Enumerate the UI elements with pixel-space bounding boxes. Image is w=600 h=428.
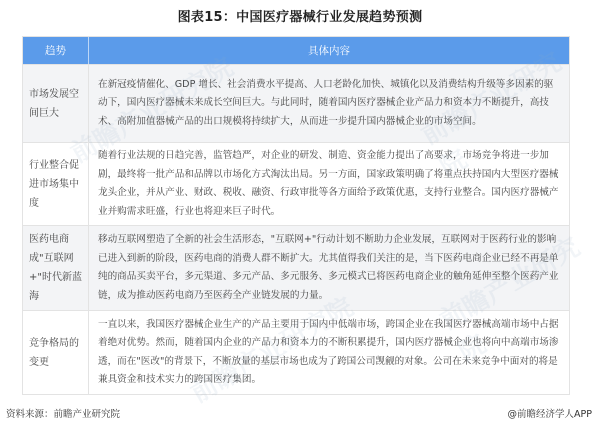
content-cell: 在新冠疫情催化、GDP 增长、社会消费水平提高、人口老龄化加快、城镇化以及消费结… bbox=[89, 65, 569, 142]
trend-table: 趋势 具体内容 市场发展空间巨大 在新冠疫情催化、GDP 增长、社会消费水平提高… bbox=[22, 36, 570, 395]
content-cell: 一直以来，我国医疗器械企业生产的产品主要用于国内中低端市场，跨国企业在我国医疗器… bbox=[89, 311, 569, 394]
table-row: 行业整合促进市场集中度 随着行业法规的日趋完善，监管趋严，对企业的研发、制造、资… bbox=[23, 142, 569, 225]
trend-cell: 竞争格局的变更 bbox=[23, 311, 89, 394]
trend-cell: 市场发展空间巨大 bbox=[23, 65, 89, 142]
table-row: 市场发展空间巨大 在新冠疫情催化、GDP 增长、社会消费水平提高、人口老龄化加快… bbox=[23, 64, 569, 142]
trend-cell: 医药电商成"互联网+"时代新蓝海 bbox=[23, 226, 89, 310]
credit-note: @前瞻经济学人APP bbox=[508, 406, 592, 420]
table-row: 竞争格局的变更 一直以来，我国医疗器械企业生产的产品主要用于国内中低端市场，跨国… bbox=[23, 310, 569, 394]
table-header: 趋势 具体内容 bbox=[23, 37, 569, 64]
figure-title: 图表15：中国医疗器械行业发展趋势预测 bbox=[0, 6, 600, 25]
table-row: 医药电商成"互联网+"时代新蓝海 移动互联网塑造了全新的社会生活形态，"互联网+… bbox=[23, 225, 569, 310]
trend-cell: 行业整合促进市场集中度 bbox=[23, 143, 89, 225]
source-note: 资料来源：前瞻产业研究院 bbox=[6, 406, 120, 420]
content-cell: 移动互联网塑造了全新的社会生活形态，"互联网+"行动计划不断助力企业发展，互联网… bbox=[89, 226, 569, 310]
header-trend: 趋势 bbox=[23, 37, 89, 64]
header-content: 具体内容 bbox=[89, 37, 569, 64]
content-cell: 随着行业法规的日趋完善，监管趋严，对企业的研发、制造、资金能力提出了高要求，市场… bbox=[89, 143, 569, 225]
